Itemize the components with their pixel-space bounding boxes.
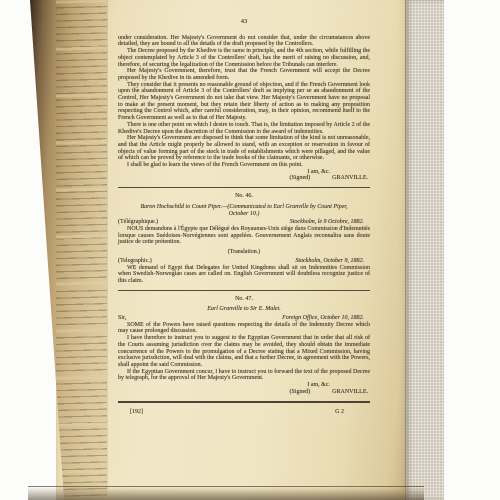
letter-45-paragraph: Her Majesty's Government are disposed to…: [118, 135, 370, 162]
page-bottom-edge: [28, 486, 424, 500]
telegraphique-label: (Télégraphique.): [118, 219, 158, 226]
french-telegram-text: NOUS demandons à l'Égypte que Délégué de…: [118, 226, 370, 246]
dateline-stockholm-fr: Stockholm, le 9 Octobre, 1882.: [290, 219, 370, 226]
letter-47-heading: Earl Granville to Sir E. Malet.: [118, 306, 370, 313]
letter-47-paragraph: If the Egyptian Government concur, I hav…: [118, 369, 370, 382]
translation-label: (Translation.): [118, 249, 370, 256]
footer-plate-number: [192]: [130, 409, 143, 416]
iam-signoff: I am, &c.: [118, 382, 370, 389]
letter-45-paragraph: They consider that it presents no reason…: [118, 82, 370, 122]
letter-45-paragraph: There is one other point on which I desi…: [118, 122, 370, 135]
fabric-cover: [405, 0, 444, 500]
letter-45-paragraph: I shall be glad to learn the views of th…: [118, 162, 370, 169]
footer-divider: [118, 401, 370, 403]
telegraphic-label: (Telegraphic.): [118, 258, 152, 265]
letter-46-heading: Baron Hochschild to Count Piper.—(Commun…: [118, 204, 370, 211]
signed-label: (Signed): [290, 175, 311, 182]
signature-granville: GRANVILLE.: [332, 175, 368, 182]
letter-47-paragraph: I have therefore to instruct you to sugg…: [118, 335, 370, 369]
english-telegram-text: WE demand of Egypt that Delegates for Un…: [118, 265, 370, 285]
page-number: 43: [118, 19, 370, 26]
letter-45-paragraph: under consideration. Her Majesty's Gover…: [118, 35, 370, 48]
letter-45-paragraph: Her Majesty's Government, therefore, tru…: [118, 68, 370, 81]
dateline-stockholm-en: Stockholm, October 9, 1882.: [295, 258, 370, 265]
letter-45-paragraph: The Decree proposed by the Khedive is th…: [118, 48, 370, 68]
book-photo: 43 under consideration. Her Majesty's Go…: [0, 0, 500, 500]
letter-46-heading-date: October 10.): [118, 211, 370, 218]
section-divider: [118, 290, 370, 291]
signed-label: (Signed): [290, 389, 311, 396]
signature-granville: GRANVILLE.: [332, 389, 368, 396]
section-divider: [118, 187, 370, 188]
printed-text-column: 43 under consideration. Her Majesty's Go…: [118, 19, 370, 416]
page-curl-spine: [26, 0, 108, 500]
letter-47-number: No. 47.: [118, 296, 370, 303]
letter-46-number: No. 46.: [118, 193, 370, 200]
dateline-foreign-office: Foreign Office, October 10, 1882.: [282, 315, 370, 322]
letter-47-paragraph: SOME of the Powers have raised questions…: [118, 322, 370, 335]
salutation: Sir,: [118, 315, 126, 322]
footer-signature-mark: G 2: [335, 409, 344, 416]
previous-page-text-fragments: [56, 0, 107, 500]
